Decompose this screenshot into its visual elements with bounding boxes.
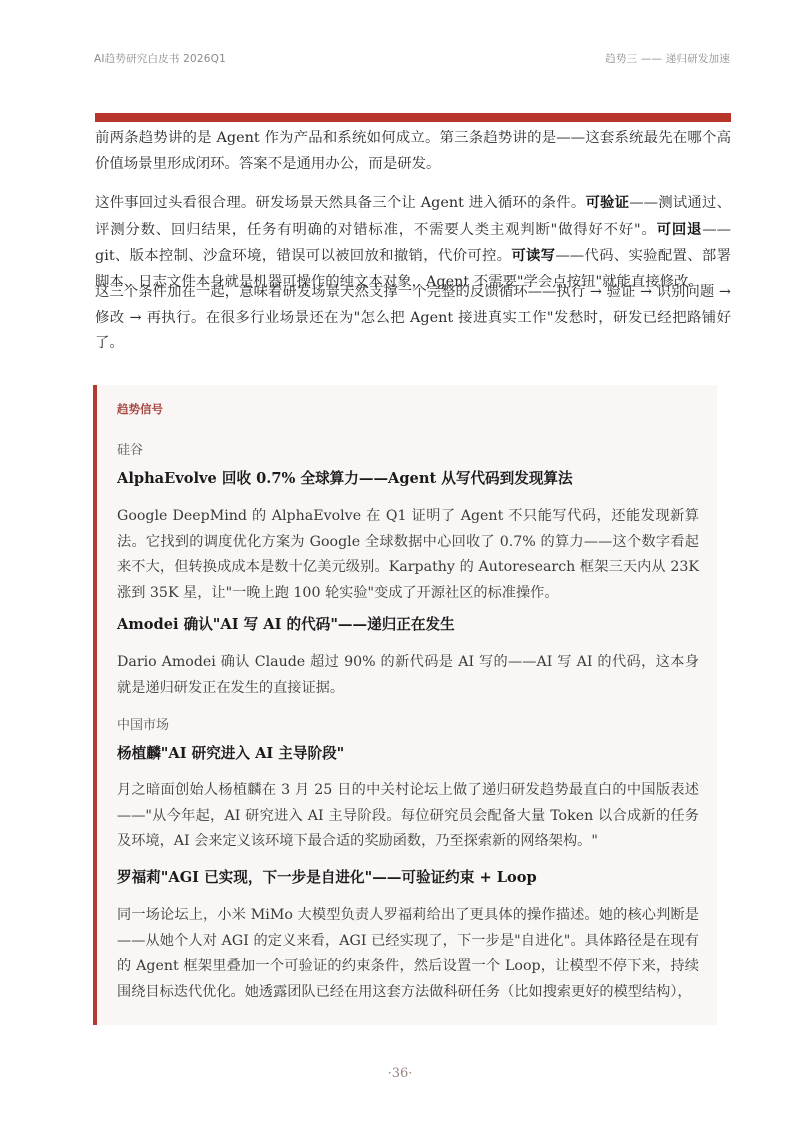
- term-readwrite: 可读写: [511, 247, 555, 264]
- signal-body: 月之暗面创始人杨植麟在 3 月 25 日的中关村论坛上做了递归研发趋势最直白的中…: [117, 778, 699, 855]
- callout-label: 趋势信号: [117, 401, 163, 417]
- paragraph-feedback-loop: 这三个条件加在一起，意味着研发场景天然支撑一个完整的反馈循环——执行 → 验证 …: [95, 280, 731, 357]
- signal-title: AlphaEvolve 回收 0.7% 全球算力——Agent 从写代码到发现算…: [117, 467, 699, 488]
- signal-title: 罗福莉"AGI 已实现，下一步是自进化"——可验证约束 + Loop: [117, 866, 699, 887]
- document-title: AI趋势研究白皮书 2026Q1: [94, 51, 226, 66]
- signal-title: Amodei 确认"AI 写 AI 的代码"——递归正在发生: [117, 613, 699, 634]
- trend-signal-callout: 趋势信号 硅谷 AlphaEvolve 回收 0.7% 全球算力——Agent …: [93, 385, 717, 1025]
- page-number: ·36·: [0, 1066, 800, 1081]
- signal-body: Dario Amodei 确认 Claude 超过 90% 的新代码是 AI 写…: [117, 650, 699, 701]
- signal-body: 同一场论坛上，小米 MiMo 大模型负责人罗福莉给出了更具体的操作描述。她的核心…: [117, 903, 699, 1005]
- paragraph-text: 这件事回过头看很合理。研发场景天然具备三个让 Agent 进入循环的条件。: [95, 195, 585, 211]
- term-verifiable: 可验证: [585, 194, 629, 211]
- paragraph-intro: 前两条趋势讲的是 Agent 作为产品和系统如何成立。第三条趋势讲的是——这套系…: [95, 126, 731, 177]
- signal-title: 杨植麟"AI 研究进入 AI 主导阶段": [117, 742, 699, 763]
- region-label: 硅谷: [117, 439, 143, 458]
- signal-body: Google DeepMind 的 AlphaEvolve 在 Q1 证明了 A…: [117, 504, 699, 606]
- chapter-title: 趋势三 —— 递归研发加速: [605, 51, 730, 66]
- region-label: 中国市场: [117, 714, 169, 733]
- term-revertible: 可回退: [657, 221, 703, 238]
- section-divider-bar: [95, 113, 731, 122]
